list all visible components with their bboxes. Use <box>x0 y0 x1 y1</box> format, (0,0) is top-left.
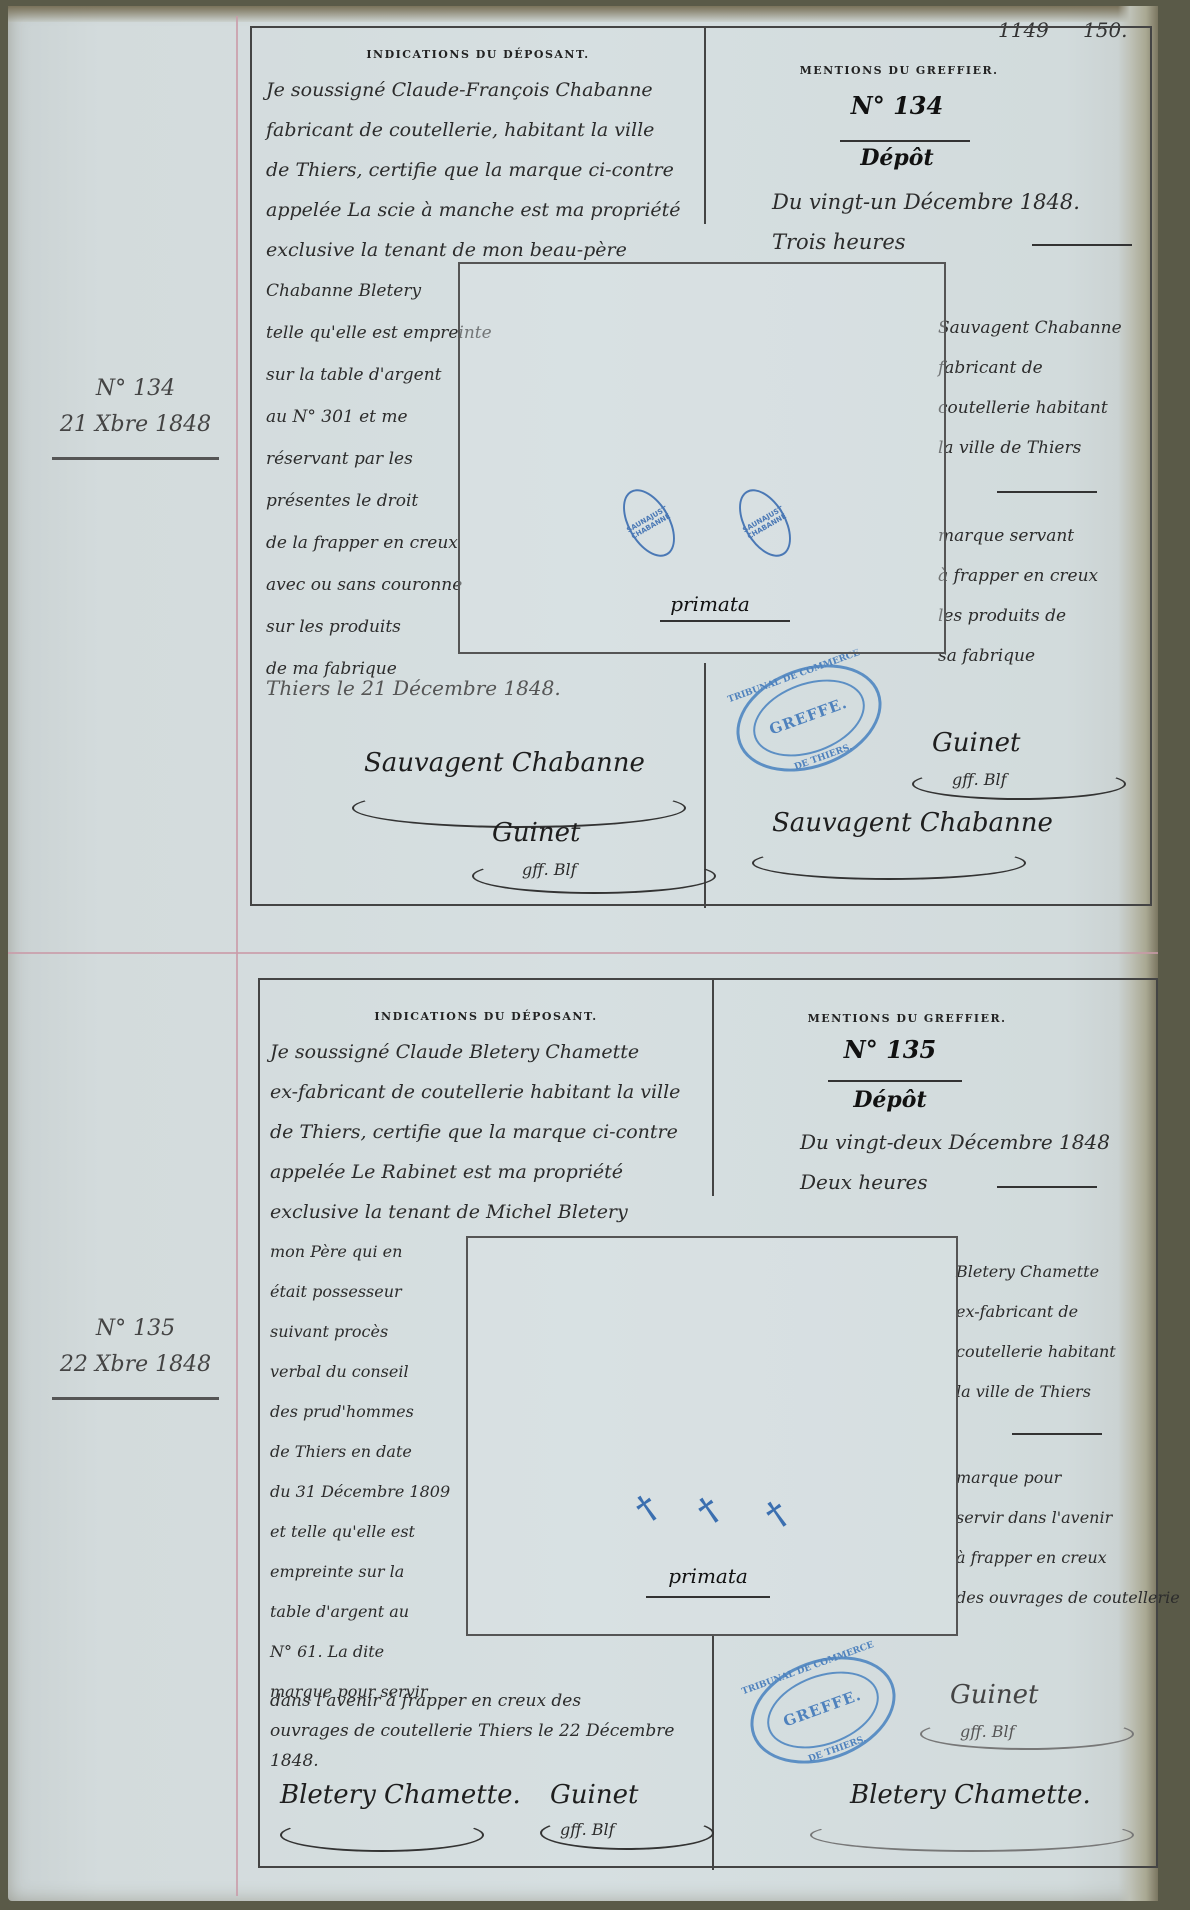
signature-flourish <box>540 1816 714 1850</box>
column-divider-top <box>704 28 706 224</box>
margin-entry-number: N° 134 <box>48 371 223 407</box>
margin-note-entry-1: N° 134 21 Xbre 1848 <box>48 371 223 460</box>
signature-flourish <box>920 1718 1134 1750</box>
signature-flourish <box>752 846 1026 880</box>
registrar-signature-right: Guinet <box>950 1680 1038 1710</box>
deposit-time: Deux heures <box>800 1162 928 1202</box>
deposit-time-rule <box>1032 244 1132 246</box>
registrar-rule <box>1012 1433 1102 1435</box>
register-page: 1149 150. N° 134 21 Xbre 1848 INDICATION… <box>8 6 1158 1901</box>
declaration-text: Je soussigné Claude-François Chabanne fa… <box>266 70 681 270</box>
deposit-date: Du vingt-un Décembre 1848. <box>772 182 1080 222</box>
dagger-mark-icon: † <box>758 1493 796 1536</box>
margin-entry-date: 21 Xbre 1848 <box>48 407 223 443</box>
depositor-signature: Bletery Chamette. <box>280 1780 521 1810</box>
signature-flourish <box>810 1818 1134 1852</box>
mark-caption: primata <box>648 1564 768 1588</box>
margin-note-entry-2: N° 135 22 Xbre 1848 <box>48 1311 223 1400</box>
registrar-text-top: Bletery Chamette ex-fabricant de coutell… <box>956 1252 1116 1412</box>
margin-entry-number: N° 135 <box>48 1311 223 1347</box>
deposit-label: Dépôt <box>805 1080 975 1120</box>
mark-caption-rule <box>646 1596 770 1598</box>
dagger-mark-icon: † <box>628 1487 666 1530</box>
deposit-time-rule <box>997 1186 1097 1188</box>
margin-line-horizontal <box>8 952 1158 954</box>
registrar-heading: MENTIONS DU GREFFIER. <box>712 1012 1102 1025</box>
signature-flourish <box>912 768 1126 800</box>
registrar-heading: MENTIONS DU GREFFIER. <box>704 64 1094 77</box>
registrar-text-top: Sauvagent Chabanne fabricant de coutelle… <box>938 308 1122 468</box>
mark-caption-rule <box>660 620 790 622</box>
registrar-text-bottom: marque servant à frapper en creux les pr… <box>938 516 1098 676</box>
declaration-bottom-text: dans l'avenir à frapper en creux des ouv… <box>270 1686 674 1776</box>
margin-rule <box>52 1397 219 1400</box>
page-top-edge <box>8 6 1158 22</box>
declaration-text: Je soussigné Claude Bletery Chamette ex-… <box>270 1032 680 1232</box>
declaration-side-text: mon Père qui en était possesseur suivant… <box>270 1232 450 1712</box>
deposit-date: Du vingt-deux Décembre 1848 <box>800 1122 1110 1162</box>
registrar-signature-left: Guinet <box>550 1780 638 1810</box>
margin-line-vertical <box>236 16 238 1896</box>
depositor-signature-right: Sauvagent Chabanne <box>772 808 1053 838</box>
depositor-signature-right: Bletery Chamette. <box>850 1780 1091 1810</box>
signature-flourish <box>280 1818 484 1852</box>
margin-entry-date: 22 Xbre 1848 <box>48 1347 223 1383</box>
deposit-number: N° 134 <box>812 86 982 126</box>
registrar-signature-right: Guinet <box>932 728 1020 758</box>
mark-impression-box-1: SAUNAJUST CHABANNE SAUNAJUST CHABANNE pr… <box>458 262 946 654</box>
court-registry-seal: TRIBUNAL DE COMMERCE GREFFE. DE THIERS. <box>721 645 896 790</box>
deposit-number: N° 135 <box>805 1030 975 1070</box>
registrar-rule <box>997 491 1097 493</box>
margin-rule <box>52 457 219 460</box>
deposit-time: Trois heures <box>772 222 906 262</box>
place-date: Thiers le 21 Décembre 1848. <box>266 668 561 708</box>
court-registry-seal: TRIBUNAL DE COMMERCE GREFFE. DE THIERS. <box>735 1637 910 1782</box>
mark-caption: primata <box>650 592 770 616</box>
registrar-signature-left: Guinet <box>492 818 580 848</box>
depositor-heading: INDICATIONS DU DÉPOSANT. <box>260 1010 712 1023</box>
signature-flourish <box>472 858 716 894</box>
mark-impression-box-2: † † † primata <box>466 1236 958 1636</box>
mark-stamp-icon: SAUNAJUST CHABANNE <box>612 480 685 565</box>
deposit-label: Dépôt <box>812 138 982 178</box>
dagger-mark-icon: † <box>690 1489 728 1532</box>
depositor-heading: INDICATIONS DU DÉPOSANT. <box>252 48 704 61</box>
registrar-text-bottom: marque pour servir dans l'avenir à frapp… <box>956 1458 1180 1618</box>
depositor-signature: Sauvagent Chabanne <box>364 748 645 778</box>
mark-stamp-icon: SAUNAJUST CHABANNE <box>728 480 801 565</box>
